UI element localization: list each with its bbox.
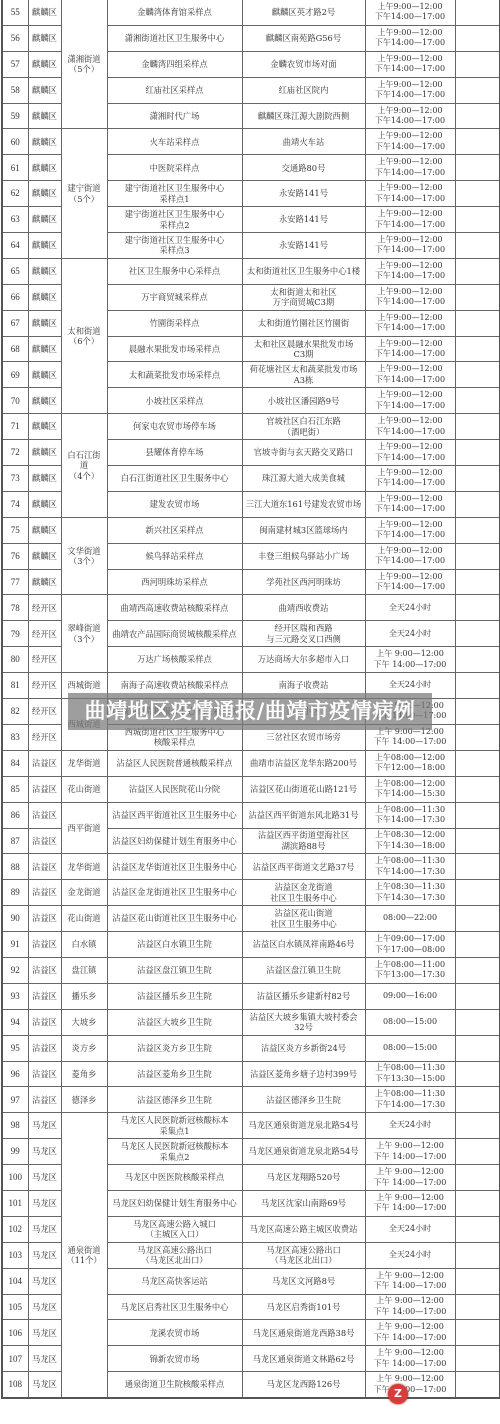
row-number-cell: 102: [2, 1216, 28, 1242]
row-number-cell: 65: [2, 258, 28, 284]
address-cell: 官坡寺街与玄天路交叉路口: [242, 440, 365, 466]
district-cell: 沾益区: [28, 1061, 61, 1087]
district-cell: 麒麟区: [28, 336, 61, 362]
article-title-banner: 曲靖地区疫情通报/曲靖市疫情病例: [68, 693, 432, 730]
row-number-cell: 56: [2, 25, 28, 51]
site-name-cell: 沾益区盘江镇卫生院: [107, 957, 242, 983]
address-cell: 太和街道太和社区 万宇商贸城C3期: [242, 284, 365, 310]
sampling-time-cell: 上午9:00—12:00 下午14:00—17:00: [365, 491, 455, 517]
district-cell: 麒麟区: [28, 77, 61, 103]
remark-cell: [455, 750, 500, 776]
district-cell: 马龙区: [28, 1113, 61, 1139]
site-name-cell: 小坡社区采样点: [107, 388, 242, 414]
row-number-cell: 85: [2, 776, 28, 802]
sampling-time-cell: 上午9:00—12:00 下午14:00—17:00: [365, 0, 455, 25]
sampling-time-cell: 08:00—15:00: [365, 1009, 455, 1035]
site-name-cell: 建宁街道社区卫生服务中心 采样点2: [107, 207, 242, 233]
address-cell: 沾益区西平街道望海社区 湖滨路88号: [242, 828, 365, 854]
site-name-cell: 沾益区人民医院普通核酸采样点: [107, 750, 242, 776]
street-cell: 潇湘街道 （5个）: [61, 0, 107, 129]
site-name-cell: 沾益区德泽乡卫生院: [107, 1087, 242, 1113]
site-name-cell: 沾益区炎方乡卫生院: [107, 1035, 242, 1061]
remark-cell: [455, 569, 500, 595]
district-cell: 麒麟区: [28, 543, 61, 569]
remark-cell: [455, 776, 500, 802]
row-number-cell: 73: [2, 466, 28, 492]
remark-cell: [455, 673, 500, 699]
address-cell: 太和街道社区卫生服务中心1楼: [242, 258, 365, 284]
sampling-time-cell: 上午 9:00—12:00 下午 14:00—17:00: [365, 1320, 455, 1346]
sampling-time-cell: 上午 9:00—12:00 下午 14:00—17:00: [365, 1346, 455, 1372]
row-number-cell: 88: [2, 854, 28, 880]
street-cell: 花山街道: [61, 776, 107, 802]
site-name-cell: 太和蔬菜批发市场采样点: [107, 362, 242, 388]
site-name-cell: 中医院采样点: [107, 155, 242, 181]
district-cell: 经开区: [28, 621, 61, 647]
remark-cell: [455, 957, 500, 983]
site-name-cell: 马龙区高快客运站: [107, 1268, 242, 1294]
district-cell: 马龙区: [28, 1165, 61, 1191]
district-cell: 麒麟区: [28, 466, 61, 492]
district-cell: 马龙区: [28, 1372, 61, 1398]
street-cell: 太和街道 （6个）: [61, 258, 107, 413]
district-cell: 马龙区: [28, 1346, 61, 1372]
site-name-cell: 沾益区大坡乡卫生院: [107, 1009, 242, 1035]
sampling-time-cell: 上午9:00—12:00 下午14:00—17:00: [365, 336, 455, 362]
remark-cell: [455, 517, 500, 543]
site-name-cell: 龙溪农贸市场: [107, 1320, 242, 1346]
address-cell: 马龙区通泉街道龙泉北路54号: [242, 1113, 365, 1139]
district-cell: 麒麟区: [28, 284, 61, 310]
site-name-cell: 马龙区中医医院核酸采样点: [107, 1165, 242, 1191]
remark-cell: [455, 932, 500, 958]
sampling-time-cell: 上午08:00—12:00 下午12:00—18:00: [365, 750, 455, 776]
site-name-cell: 金麟湾体育馆采样点: [107, 0, 242, 25]
address-cell: 永安路141号: [242, 233, 365, 259]
row-number-cell: 79: [2, 621, 28, 647]
row-number-cell: 58: [2, 77, 28, 103]
district-cell: 沾益区: [28, 776, 61, 802]
district-cell: 麒麟区: [28, 155, 61, 181]
row-number-cell: 67: [2, 310, 28, 336]
district-cell: 马龙区: [28, 1139, 61, 1165]
site-name-cell: 沾益区花山街道社区卫生服务中心: [107, 906, 242, 932]
row-number-cell: 60: [2, 129, 28, 155]
row-number-cell: 91: [2, 932, 28, 958]
sampling-time-cell: 上午9:00—12:00 下午14:00—17:00: [365, 466, 455, 492]
sampling-time-cell: 上午 9:00—12:00 下午 14:00—17:00: [365, 1268, 455, 1294]
district-cell: 沾益区: [28, 880, 61, 906]
sampling-time-cell: 上午9:00—12:00 下午14:00—17:00: [365, 258, 455, 284]
street-cell: 翠峰街道 （3个）: [61, 595, 107, 673]
remark-cell: [455, 1190, 500, 1216]
district-cell: 麒麟区: [28, 25, 61, 51]
district-cell: 麒麟区: [28, 491, 61, 517]
address-cell: 沾益区西平街道东风北路31号: [242, 802, 365, 828]
remark-cell: [455, 440, 500, 466]
site-name-cell: 锦新农贸市场: [107, 1346, 242, 1372]
table-row: 55麒麟区潇湘街道 （5个）金麟湾体育馆采样点麒麟区英才路2号上午9:00—12…: [2, 0, 500, 25]
district-cell: 麒麟区: [28, 181, 61, 207]
district-cell: 沾益区: [28, 828, 61, 854]
district-cell: 沾益区: [28, 906, 61, 932]
address-cell: 交通路80号: [242, 155, 365, 181]
remark-cell: [455, 1061, 500, 1087]
row-number-cell: 62: [2, 181, 28, 207]
site-name-cell: 马龙区启秀社区卫生服务中心: [107, 1294, 242, 1320]
row-number-cell: 57: [2, 51, 28, 77]
sampling-time-cell: 上午9:00—12:00 下午14:00—17:00: [365, 207, 455, 233]
table-row: 96沾益区菱角乡沾益区菱角乡卫生院沾益区菱角乡塘子边村399号上午08:00—1…: [2, 1061, 500, 1087]
address-cell: 麒麟区南苑路G56号: [242, 25, 365, 51]
remark-cell: [455, 233, 500, 259]
sampling-time-cell: 上午9:00—12:00 下午14:00—17:00: [365, 388, 455, 414]
district-cell: 麒麟区: [28, 207, 61, 233]
district-cell: 麒麟区: [28, 517, 61, 543]
remark-cell: [455, 155, 500, 181]
district-cell: 经开区: [28, 647, 61, 673]
remark-cell: [455, 181, 500, 207]
street-cell: 德泽乡: [61, 1087, 107, 1113]
site-name-cell: 通泉街道卫生院核酸采样点: [107, 1372, 242, 1398]
district-cell: 麒麟区: [28, 310, 61, 336]
district-cell: 麒麟区: [28, 362, 61, 388]
site-name-cell: 白石江街道社区卫生服务中心: [107, 466, 242, 492]
remark-cell: [455, 595, 500, 621]
row-number-cell: 77: [2, 569, 28, 595]
district-cell: 沾益区: [28, 957, 61, 983]
row-number-cell: 103: [2, 1242, 28, 1268]
site-name-cell: 沾益区白水镇卫生院: [107, 932, 242, 958]
row-number-cell: 100: [2, 1165, 28, 1191]
site-name-cell: 马龙区人民医院新冠核酸标本 采集点2: [107, 1139, 242, 1165]
remark-cell: [455, 336, 500, 362]
address-cell: 荷花塘社区太和蔬菜批发市场 A3栋: [242, 362, 365, 388]
remark-cell: [455, 77, 500, 103]
table-row: 89沾益区金龙街道沾益区金龙街道社区卫生服务中心沾益区金龙街道 社区卫生服务中心…: [2, 880, 500, 906]
row-number-cell: 95: [2, 1035, 28, 1061]
table-row: 85沾益区花山街道沾益区人民医院花山分院沾益区花山街道花山路121号上午08:0…: [2, 776, 500, 802]
address-cell: 沾益区白水镇凤祥南路46号: [242, 932, 365, 958]
row-number-cell: 69: [2, 362, 28, 388]
site-name-cell: 沾益区妇幼保健计划生育服务中心: [107, 828, 242, 854]
remark-cell: [455, 1009, 500, 1035]
sampling-time-cell: 上午9:00—12:00 下午14:00—17:00: [365, 543, 455, 569]
district-cell: 经开区: [28, 724, 61, 750]
row-number-cell: 74: [2, 491, 28, 517]
row-number-cell: 93: [2, 983, 28, 1009]
remark-cell: [455, 310, 500, 336]
district-cell: 麒麟区: [28, 233, 61, 259]
row-number-cell: 96: [2, 1061, 28, 1087]
remark-cell: [455, 1294, 500, 1320]
sampling-time-cell: 全天24小时: [365, 1216, 455, 1242]
site-name-cell: 马龙区人民医院新冠核酸标本 采集点1: [107, 1113, 242, 1139]
remark-cell: [455, 1242, 500, 1268]
district-cell: 沾益区: [28, 854, 61, 880]
address-cell: 马龙区通泉街道文林路62号: [242, 1346, 365, 1372]
row-number-cell: 68: [2, 336, 28, 362]
remark-cell: [455, 1216, 500, 1242]
street-cell: 菱角乡: [61, 1061, 107, 1087]
address-cell: 马龙区高速公路出口 （马龙区北出口）: [242, 1242, 365, 1268]
row-number-cell: 92: [2, 957, 28, 983]
district-cell: 沾益区: [28, 983, 61, 1009]
street-cell: 白石江街道 （4个）: [61, 414, 107, 518]
address-cell: 马龙区龙西路126号: [242, 1372, 365, 1398]
address-cell: 万达商场大尔多超市入口: [242, 647, 365, 673]
remark-cell: [455, 621, 500, 647]
row-number-cell: 87: [2, 828, 28, 854]
row-number-cell: 63: [2, 207, 28, 233]
site-name-cell: 沾益区金龙街道社区卫生服务中心: [107, 880, 242, 906]
district-cell: 经开区: [28, 595, 61, 621]
table-row: 92沾益区盘江镇沾益区盘江镇卫生院沾益区盘江镇卫生院上午08:00—11:00 …: [2, 957, 500, 983]
address-cell: 太和社区晨融水果批发市场 C3期: [242, 336, 365, 362]
table-row: 71麒麟区白石江街道 （4个）何家屯农贸市场停车场官坡社区白石江东路 （酒吧街）…: [2, 414, 500, 440]
address-cell: 沾益区炎方乡新街24号: [242, 1035, 365, 1061]
site-name-cell: 曲靖西高速收费站核酸采样点: [107, 595, 242, 621]
sampling-time-cell: 上午 9:00—12:00 下午 14:00—17:00: [365, 1165, 455, 1191]
district-cell: 麒麟区: [28, 51, 61, 77]
street-cell: 花山街道: [61, 906, 107, 932]
remark-cell: [455, 1035, 500, 1061]
remark-cell: [455, 1165, 500, 1191]
district-cell: 沾益区: [28, 1087, 61, 1113]
street-cell: 通泉街道 （11个）: [61, 1113, 107, 1398]
street-cell: 文华街道 （3个）: [61, 517, 107, 595]
remark-cell: [455, 258, 500, 284]
remark-cell: [455, 207, 500, 233]
site-name-cell: 建宁街道社区卫生服务中心 采样点3: [107, 233, 242, 259]
remark-cell: [455, 129, 500, 155]
sampling-time-cell: 全天24小时: [365, 595, 455, 621]
table-row: 86沾益区西平街道沾益区西平街道社区卫生服务中心沾益区西平街道东风北路31号上午…: [2, 802, 500, 828]
sampling-time-cell: 上午09:00—17:00 下午17:00—08:00: [365, 932, 455, 958]
site-name-cell: 县耀体育停车场: [107, 440, 242, 466]
site-name-cell: 沾益区播乐乡卫生院: [107, 983, 242, 1009]
district-cell: 麒麟区: [28, 440, 61, 466]
address-cell: 沾益区大坡乡集镇大坡村委会 32号: [242, 1009, 365, 1035]
row-number-cell: 97: [2, 1087, 28, 1113]
sampling-time-cell: 上午9:00—12:00 下午14:00—17:00: [365, 51, 455, 77]
address-cell: 珠江源大道大成美食城: [242, 466, 365, 492]
sampling-time-cell: 上午08:00—11:30 下午13:30—15:00: [365, 1061, 455, 1087]
street-cell: 西平街道: [61, 802, 107, 854]
district-cell: 经开区: [28, 699, 61, 725]
row-number-cell: 78: [2, 595, 28, 621]
sampling-time-cell: 08:00—22:00: [365, 906, 455, 932]
site-name-cell: 西河明珠坊采样点: [107, 569, 242, 595]
site-name-cell: 候鸟驿站采样点: [107, 543, 242, 569]
district-cell: 马龙区: [28, 1268, 61, 1294]
sampling-time-cell: 上午9:00—12:00 下午14:00—17:00: [365, 310, 455, 336]
site-name-cell: 竹園街采样点: [107, 310, 242, 336]
row-number-cell: 106: [2, 1320, 28, 1346]
table-row: 78经开区翠峰街道 （3个）曲靖西高速收费站核酸采样点曲靖西收费站全天24小时: [2, 595, 500, 621]
row-number-cell: 105: [2, 1294, 28, 1320]
district-cell: 麒麟区: [28, 258, 61, 284]
district-cell: 麒麟区: [28, 414, 61, 440]
remark-cell: [455, 1268, 500, 1294]
remark-cell: [455, 414, 500, 440]
row-number-cell: 72: [2, 440, 28, 466]
remark-cell: [455, 1113, 500, 1139]
row-number-cell: 81: [2, 673, 28, 699]
remark-cell: [455, 1320, 500, 1346]
street-cell: 金龙街道: [61, 880, 107, 906]
row-number-cell: 108: [2, 1372, 28, 1398]
district-cell: 马龙区: [28, 1242, 61, 1268]
address-cell: 丰登三组候鸟驿站小广场: [242, 543, 365, 569]
address-cell: 马龙区文河路8号: [242, 1268, 365, 1294]
district-cell: 麒麟区: [28, 0, 61, 25]
site-name-cell: 建宁街道社区卫生服务中心 采样点1: [107, 181, 242, 207]
district-cell: 沾益区: [28, 750, 61, 776]
site-name-cell: 建发农贸市场: [107, 491, 242, 517]
address-cell: 沾益区菱角乡塘子边村399号: [242, 1061, 365, 1087]
sampling-time-cell: 上午9:00—12:00 下午14:00—17:00: [365, 284, 455, 310]
row-number-cell: 94: [2, 1009, 28, 1035]
street-cell: 播乐乡: [61, 983, 107, 1009]
sampling-time-cell: 上午 9:00—12:00 下午 14:00—17:00: [365, 647, 455, 673]
sampling-time-cell: 09:00—16:00: [365, 983, 455, 1009]
address-cell: 麒麟区珠江源大剧院西侧: [242, 103, 365, 129]
table-row: 94沾益区大坡乡沾益区大坡乡卫生院沾益区大坡乡集镇大坡村委会 32号08:00—…: [2, 1009, 500, 1035]
address-cell: 马龙区通泉街道龙泉北路54号: [242, 1139, 365, 1165]
remark-cell: [455, 284, 500, 310]
remark-cell: [455, 854, 500, 880]
address-cell: 太和街道竹園社区竹園街: [242, 310, 365, 336]
address-cell: 小坡社区潘园路9号: [242, 388, 365, 414]
district-cell: 马龙区: [28, 1216, 61, 1242]
address-cell: 沾益区花山街道 社区卫生服务中心: [242, 906, 365, 932]
row-number-cell: 55: [2, 0, 28, 25]
district-cell: 麒麟区: [28, 129, 61, 155]
address-cell: 马龙区通泉街道龙西路38号: [242, 1320, 365, 1346]
remark-cell: [455, 543, 500, 569]
site-name-cell: 马龙区高速公路出口 （马龙区北出口）: [107, 1242, 242, 1268]
remark-cell: [455, 1087, 500, 1113]
table-row: 88沾益区龙华街道沾益区龙华街道社区卫生服务中心沾益区西平街道文艺路37号上午0…: [2, 854, 500, 880]
table-row: 95沾益区炎方乡沾益区炎方乡卫生院沾益区炎方乡新街24号08:00—15:00: [2, 1035, 500, 1061]
sampling-time-cell: 上午 9:00—12:00 下午 14:00—17:00: [365, 1139, 455, 1165]
remark-cell: [455, 906, 500, 932]
sampling-time-cell: 上午9:00—12:00 下午14:00—17:00: [365, 25, 455, 51]
site-name-cell: 沾益区龙华街道社区卫生服务中心: [107, 854, 242, 880]
district-cell: 沾益区: [28, 1035, 61, 1061]
remark-cell: [455, 802, 500, 828]
row-number-cell: 66: [2, 284, 28, 310]
sampling-time-cell: 08:00—15:00: [365, 1035, 455, 1061]
remark-cell: [455, 0, 500, 25]
table-row: 91沾益区白水镇沾益区白水镇卫生院沾益区白水镇凤祥南路46号上午09:00—17…: [2, 932, 500, 958]
site-name-cell: 何家屯农贸市场停车场: [107, 414, 242, 440]
district-cell: 沾益区: [28, 932, 61, 958]
row-number-cell: 86: [2, 802, 28, 828]
remark-cell: [455, 491, 500, 517]
sampling-time-cell: 上午 9:00—12:00 下午 14:00—17:00: [365, 1372, 455, 1398]
site-name-cell: 万达广场核酸采样点: [107, 647, 242, 673]
street-cell: 盘江镇: [61, 957, 107, 983]
row-number-cell: 99: [2, 1139, 28, 1165]
remark-cell: [455, 699, 500, 725]
sampling-time-cell: 上午9:00—12:00 下午14:00—17:00: [365, 440, 455, 466]
remark-cell: [455, 1372, 500, 1398]
table-row: 98马龙区通泉街道 （11个）马龙区人民医院新冠核酸标本 采集点1马龙区通泉街道…: [2, 1113, 500, 1139]
table-row: 93沾益区播乐乡沾益区播乐乡卫生院沾益区播乐乡建新村82号09:00—16:00: [2, 983, 500, 1009]
sampling-time-cell: 上午 9:00—12:00 下午 14:00—17:00: [365, 1294, 455, 1320]
sampling-time-cell: 上午08:00—12:00 下午14:00—15:30: [365, 776, 455, 802]
remark-cell: [455, 983, 500, 1009]
sampling-time-cell: 上午08:00—11:00 下午13:00—17:30: [365, 957, 455, 983]
district-cell: 麒麟区: [28, 388, 61, 414]
address-cell: 三江大道东161号建发农贸市场: [242, 491, 365, 517]
address-cell: 马龙区沈家山南路69号: [242, 1190, 365, 1216]
site-name-cell: 新兴社区采样点: [107, 517, 242, 543]
address-cell: 经开区瑞和西路 与三元路交叉口西侧: [242, 621, 365, 647]
site-name-cell: 潇湘时代广场: [107, 103, 242, 129]
address-cell: 沾益区花山街道花山路121号: [242, 776, 365, 802]
site-name-cell: 万宇商贸城采样点: [107, 284, 242, 310]
row-number-cell: 90: [2, 906, 28, 932]
row-number-cell: 89: [2, 880, 28, 906]
remark-cell: [455, 51, 500, 77]
row-number-cell: 83: [2, 724, 28, 750]
address-cell: 金麟农贸市场对面: [242, 51, 365, 77]
district-cell: 麒麟区: [28, 103, 61, 129]
row-number-cell: 107: [2, 1346, 28, 1372]
site-name-cell: 火车站采样点: [107, 129, 242, 155]
remark-cell: [455, 880, 500, 906]
site-name-cell: 社区卫生服务中心采样点: [107, 258, 242, 284]
site-name-cell: 沾益区西平街道社区卫生服务中心: [107, 802, 242, 828]
row-number-cell: 70: [2, 388, 28, 414]
sampling-time-cell: 全天24小时: [365, 1113, 455, 1139]
row-number-cell: 61: [2, 155, 28, 181]
site-name-cell: 晨融水果批发市场采样点: [107, 336, 242, 362]
sampling-time-cell: 上午9:00—12:00 下午14:00—17:00: [365, 233, 455, 259]
site-name-cell: 马龙区高速公路入城口 （主城区入口）: [107, 1216, 242, 1242]
brand-logo-icon: Z: [388, 1384, 408, 1404]
street-cell: 龙华街道: [61, 750, 107, 776]
address-cell: 麒麟区英才路2号: [242, 0, 365, 25]
remark-cell: [455, 25, 500, 51]
remark-cell: [455, 103, 500, 129]
remark-cell: [455, 828, 500, 854]
site-name-cell: 沾益区人民医院花山分院: [107, 776, 242, 802]
sampling-time-cell: 上午9:00—12:00 下午14:00—17:00: [365, 414, 455, 440]
row-number-cell: 104: [2, 1268, 28, 1294]
district-cell: 马龙区: [28, 1190, 61, 1216]
district-cell: 麒麟区: [28, 569, 61, 595]
sampling-time-cell: 上午08:30—12:00 下午14:30—18:00: [365, 828, 455, 854]
district-cell: 经开区: [28, 673, 61, 699]
table-row: 90沾益区花山街道沾益区花山街道社区卫生服务中心沾益区花山街道 社区卫生服务中心…: [2, 906, 500, 932]
street-cell: 炎方乡: [61, 1035, 107, 1061]
site-name-cell: 沾益区菱角乡卫生院: [107, 1061, 242, 1087]
address-cell: 沾益区西平街道文艺路37号: [242, 854, 365, 880]
row-number-cell: 64: [2, 233, 28, 259]
site-name-cell: 马龙区妇幼保健计划生育服务中心: [107, 1190, 242, 1216]
remark-cell: [455, 647, 500, 673]
sampling-time-cell: 上午9:00—12:00 下午14:00—17:00: [365, 181, 455, 207]
address-cell: 曲靖火车站: [242, 129, 365, 155]
site-name-cell: 红庙社区采样点: [107, 77, 242, 103]
street-cell: 白水镇: [61, 932, 107, 958]
sampling-time-cell: 上午08:00—11:30 下午14:00—17:30: [365, 854, 455, 880]
address-cell: 沾益区播乐乡建新村82号: [242, 983, 365, 1009]
